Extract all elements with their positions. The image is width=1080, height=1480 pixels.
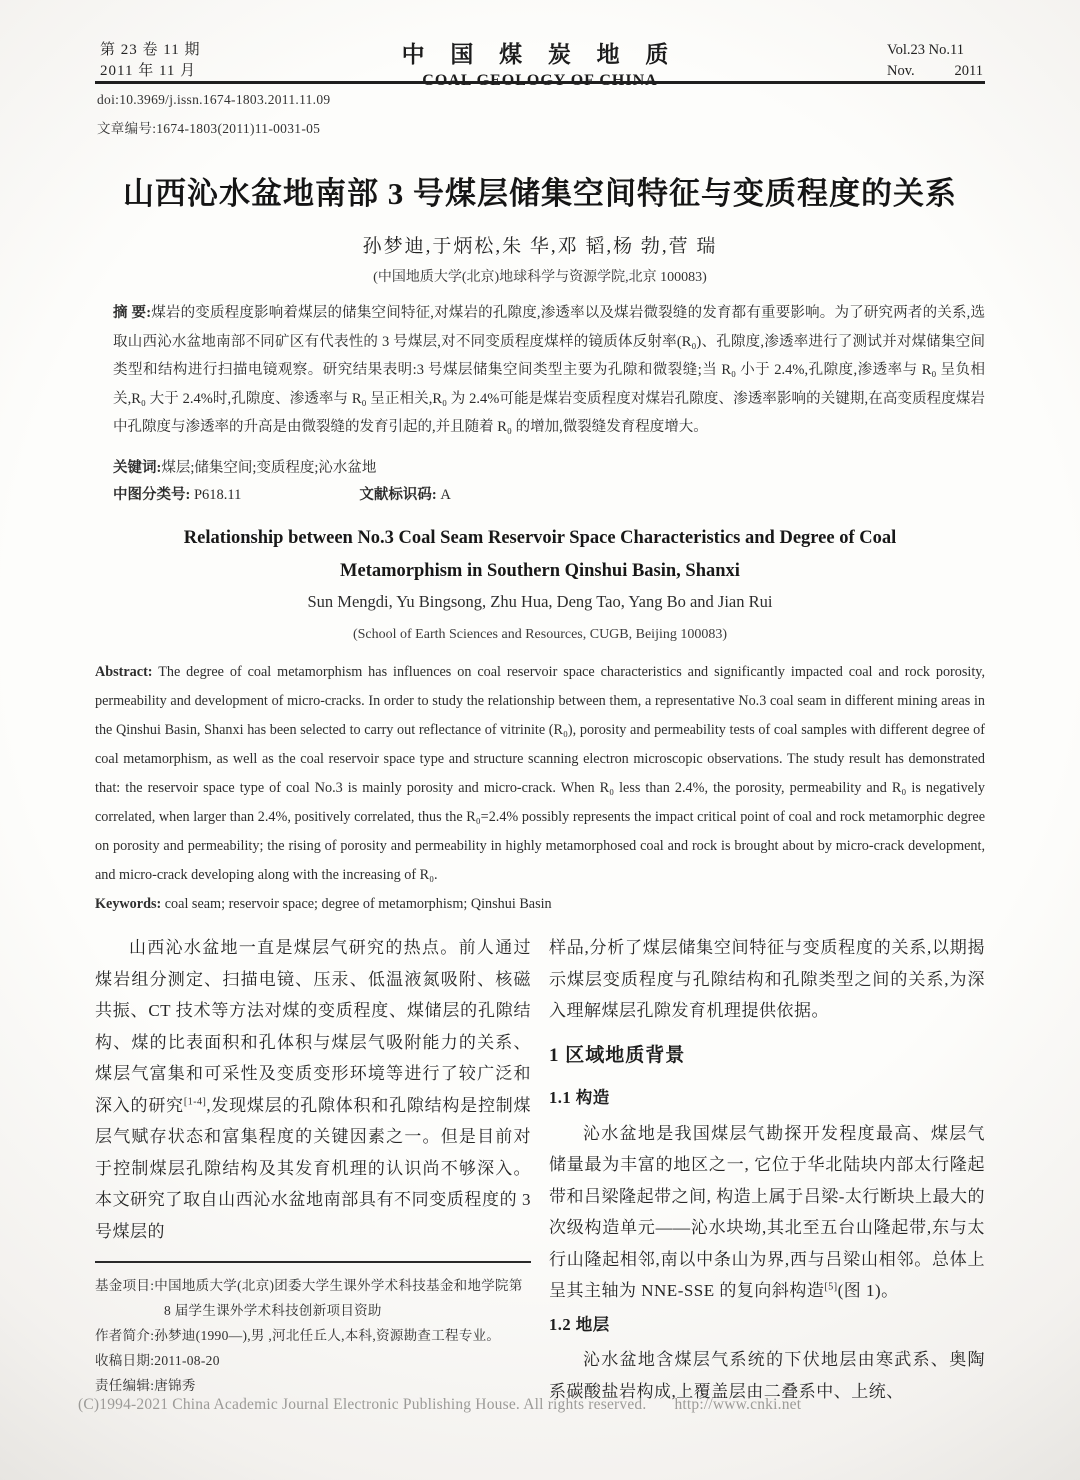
copyright-text: (C)1994-2021 China Academic Journal Elec…: [78, 1396, 646, 1413]
volume-number-line: Vol.23 No.11: [887, 40, 983, 61]
received-date-text: 2011-08-20: [154, 1353, 220, 1368]
editor-note-label: 责任编辑:: [95, 1378, 154, 1393]
en-keywords: Keywords: coal seam; reservoir space; de…: [95, 890, 985, 919]
en-affiliation: (School of Earth Sciences and Resources,…: [0, 627, 1080, 643]
structure-paragraph: 沁水盆地是我国煤层气勘探开发程度最高、煤层气储量最为丰富的地区之一, 它位于华北…: [549, 1118, 985, 1307]
right-column: 样品,分析了煤层储集空间特征与变质程度的关系,以期揭示煤层变质程度与孔隙结构和孔…: [549, 932, 985, 1407]
clc-label: 中图分类号:: [113, 487, 194, 503]
en-abstract-block: Abstract: The degree of coal metamorphis…: [95, 658, 985, 919]
page-footer: (C)1994-2021 China Academic Journal Elec…: [78, 1396, 1018, 1414]
editor-note-text: 唐锦秀: [154, 1378, 195, 1393]
received-date-note: 收稿日期:2011-08-20: [95, 1348, 531, 1373]
body-columns: 山西沁水盆地一直是煤层气研究的热点。前人通过煤岩组分测定、扫描电镜、压汞、低温液…: [95, 932, 985, 1407]
section-heading-1: 1 区域地质背景: [549, 1040, 985, 1072]
editor-note: 责任编辑:唐锦秀: [95, 1373, 531, 1398]
en-authors: Sun Mengdi, Yu Bingsong, Zhu Hua, Deng T…: [0, 592, 1080, 612]
footnote-divider: [95, 1261, 531, 1263]
abstract-cn-text: 煤岩的变质程度影响着煤层的储集空间特征,对煤岩的孔隙度,渗透率以及煤岩微裂缝的发…: [113, 305, 985, 435]
clc-line: 中图分类号: P618.11文献标识码: A: [113, 483, 451, 504]
en-abstract-label: Abstract:: [95, 664, 153, 680]
volume-date-line: Nov. 2011: [887, 61, 983, 82]
author-bio-note: 作者简介:孙梦迪(1990—),男 ,河北任丘人,本科,资源勘查工程专业。: [95, 1323, 531, 1348]
volume-month: Nov.: [887, 61, 915, 82]
intro-paragraph: 山西沁水盆地一直是煤层气研究的热点。前人通过煤岩组分测定、扫描电镜、压汞、低温液…: [95, 932, 531, 1247]
en-abstract: Abstract: The degree of coal metamorphis…: [95, 658, 985, 890]
cnki-url: http://www.cnki.net: [674, 1396, 801, 1413]
continuation-paragraph: 样品,分析了煤层储集空间特征与变质程度的关系,以期揭示煤层变质程度与孔隙结构和孔…: [549, 932, 985, 1027]
header-rule: [95, 81, 985, 84]
keywords-cn-label: 关键词:: [113, 460, 161, 476]
scanned-paper-page: 第 23 卷 11 期 2011 年 11 月 中 国 煤 炭 地 质 COAL…: [0, 0, 1080, 1480]
en-keywords-text: coal seam; reservoir space; degree of me…: [165, 896, 552, 912]
author-bio-text: 孙梦迪(1990—),男 ,河北任丘人,本科,资源勘查工程专业。: [154, 1328, 500, 1343]
affiliation-cn: (中国地质大学(北京)地球科学与资源学院,北京 100083): [0, 266, 1080, 286]
author-bio-label: 作者简介:: [95, 1328, 154, 1343]
paper-title: 山西沁水盆地南部 3 号煤层储集空间特征与变质程度的关系: [0, 168, 1080, 213]
volume-info: Vol.23 No.11 Nov. 2011: [887, 40, 983, 82]
doc-code-value: A: [440, 487, 450, 503]
fund-note: 基金项目:中国地质大学(北京)团委大学生课外学术科技基金和地学院第 8 届学生课…: [95, 1273, 531, 1323]
fund-note-text: 中国地质大学(北京)团委大学生课外学术科技基金和地学院第 8 届学生课外学术科技…: [154, 1278, 522, 1318]
volume-year: 2011: [955, 61, 983, 82]
doc-code-label: 文献标识码:: [359, 487, 440, 503]
doi-line: doi:10.3969/j.issn.1674-1803.2011.11.09: [97, 92, 330, 108]
abstract-cn-label: 摘 要:: [113, 305, 151, 321]
abstract-cn: 摘 要:煤岩的变质程度影响着煤层的储集空间特征,对煤岩的孔隙度,渗透率以及煤岩微…: [113, 299, 985, 442]
en-title: Relationship between No.3 Coal Seam Rese…: [140, 522, 940, 588]
subsection-heading-1-2: 1.2 地层: [549, 1309, 985, 1341]
subsection-heading-1-1: 1.1 构造: [549, 1082, 985, 1114]
fund-note-label: 基金项目:: [95, 1278, 154, 1293]
keywords-cn: 关键词:煤层;储集空间;变质程度;沁水盆地: [113, 456, 376, 477]
authors-cn: 孙梦迪,于炳松,朱 华,邓 韬,杨 勃,菅 瑞: [0, 231, 1080, 258]
left-column: 山西沁水盆地一直是煤层气研究的热点。前人通过煤岩组分测定、扫描电镜、压汞、低温液…: [95, 932, 531, 1407]
keywords-cn-text: 煤层;储集空间;变质程度;沁水盆地: [161, 460, 376, 476]
footnotes: 基金项目:中国地质大学(北京)团委大学生课外学术科技基金和地学院第 8 届学生课…: [95, 1273, 531, 1398]
en-abstract-text: The degree of coal metamorphism has infl…: [95, 664, 985, 883]
clc-value: P618.11: [194, 487, 241, 503]
received-date-label: 收稿日期:: [95, 1353, 154, 1368]
article-number: 文章编号:1674-1803(2011)11-0031-05: [97, 117, 320, 137]
en-keywords-label: Keywords:: [95, 896, 161, 912]
